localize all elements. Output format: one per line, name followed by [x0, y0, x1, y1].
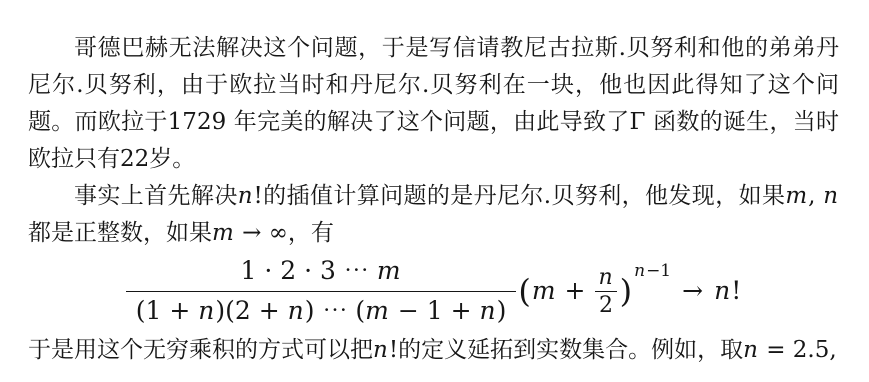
- open-paren: (: [518, 273, 530, 310]
- paragraph-bernoulli: 事实上首先解决n!的插值计算问题的是丹尼尔.贝努利，他发现，如果m, n都是正整…: [28, 178, 839, 252]
- exponent: n−1: [634, 262, 671, 282]
- main-fraction: 1 · 2 · 3 ⋯ m (1 + n)(2 + n) ⋯ (m − 1 + …: [126, 257, 517, 326]
- small-fraction-numerator: n: [594, 266, 617, 291]
- cn-text-segment: 都是正整数，如果: [28, 220, 212, 246]
- cn-text-segment: 的定义延拓到实数集合。例如，取: [398, 337, 743, 363]
- age-value: 22: [120, 146, 149, 172]
- inline-math-n-factorial: n!: [373, 337, 398, 363]
- close-paren: ): [620, 273, 632, 310]
- year-value: 1729: [168, 109, 234, 135]
- inline-math-m-to-infinity: m → ∞: [212, 220, 288, 246]
- power-base: m +: [532, 277, 586, 306]
- inline-math-n-value: n = 2.5,: [743, 337, 837, 363]
- paragraph-extension: 于是用这个无穷乘积的方式可以把n!的定义延拓到实数集合。例如，取n = 2.5,: [28, 332, 839, 369]
- gamma-symbol: Γ: [630, 109, 654, 135]
- arrow-symbol: →: [682, 277, 703, 306]
- inline-math-n-factorial: n!: [238, 183, 263, 209]
- display-equation: 1 · 2 · 3 ⋯ m (1 + n)(2 + n) ⋯ (m − 1 + …: [28, 257, 839, 326]
- fraction-numerator: 1 · 2 · 3 ⋯ m: [231, 257, 412, 291]
- fraction-denominator: (1 + n)(2 + n) ⋯ (m − 1 + n): [126, 291, 517, 326]
- equation-result: n!: [714, 277, 741, 306]
- document-page: 哥德巴赫无法解决这个问题，于是写信请教尼古拉斯.贝努利和他的弟弟丹尼尔.贝努利，…: [0, 0, 869, 382]
- power-term: ( m + n 2 ) n−1: [518, 266, 671, 317]
- paragraph-goedbach: 哥德巴赫无法解决这个问题，于是写信请教尼古拉斯.贝努利和他的弟弟丹尼尔.贝努利，…: [28, 30, 839, 178]
- cn-text-segment: ，有: [288, 220, 334, 246]
- cn-text-segment: 事实上首先解决: [74, 183, 238, 209]
- cn-text-segment: 的插值计算问题的是丹尼尔.贝努利，他发现，如果: [263, 183, 786, 209]
- cn-text-segment: 于是用这个无穷乘积的方式可以把: [28, 337, 373, 363]
- small-fraction-denominator: 2: [595, 291, 617, 317]
- inline-math-m-n: m, n: [785, 183, 839, 209]
- small-fraction: n 2: [594, 266, 617, 317]
- cn-text-segment: 岁。: [149, 146, 195, 172]
- cn-text-segment: 年完美的解决了这个问题，由此导致了: [234, 109, 630, 135]
